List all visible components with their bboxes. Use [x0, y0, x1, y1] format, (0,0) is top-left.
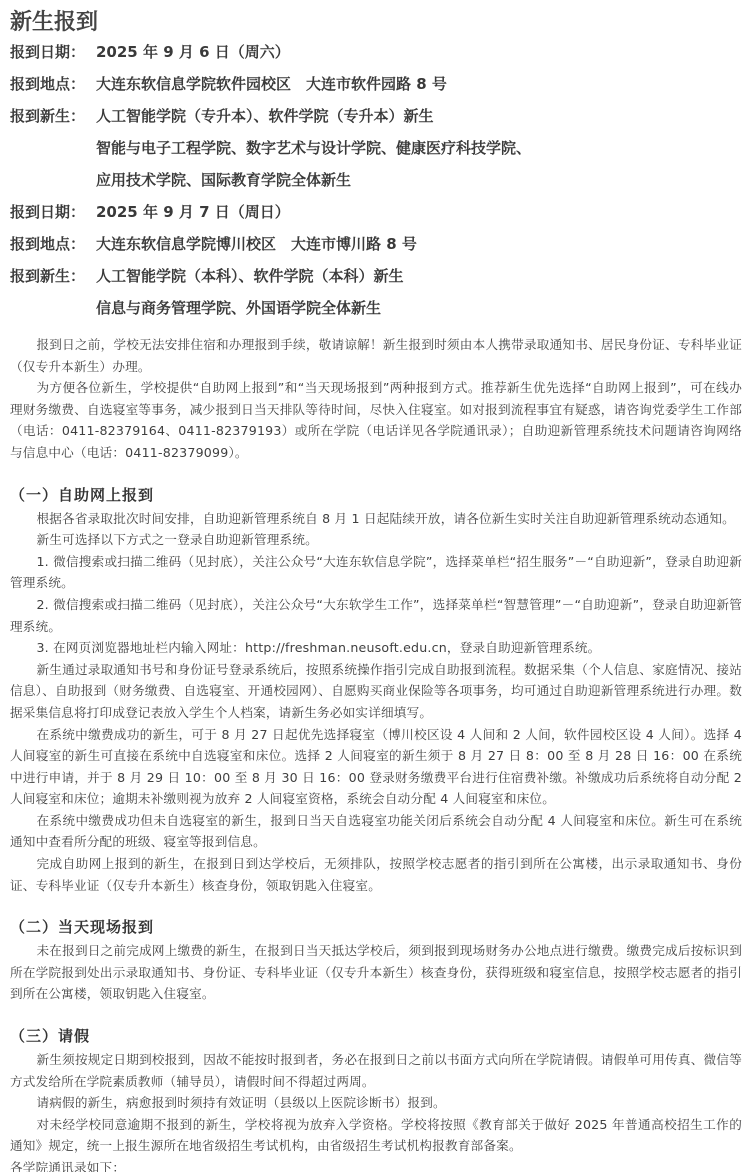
paragraph: 新生通过录取通知书号和身份证号登录系统后，按照系统操作指引完成自助报到流程。数据… [10, 659, 742, 724]
students-value: 人工智能学院（专升本）、软件学院（专升本）新生 [96, 106, 750, 126]
students-label: 报到新生： [10, 106, 96, 126]
intro-paragraph: 为方便各位新生，学校提供“自助网上报到”和“当天现场报到”两种报到方式。推荐新生… [10, 377, 742, 463]
place-label: 报到地点： [10, 234, 96, 254]
session-2-students: 报到新生： 人工智能学院（本科）、软件学院（本科）新生 [10, 266, 750, 286]
list-item: 3. 在网页浏览器地址栏内输入网址：http://freshman.neusof… [10, 637, 742, 659]
place-value: 大连东软信息学院软件园校区 大连市软件园路 8 号 [96, 74, 750, 94]
paragraph: 未在报到日之前完成网上缴费的新生，在报到日当天抵达学校后，须到报到现场财务办公地… [10, 940, 742, 1005]
intro-paragraph: 报到日之前，学校无法安排住宿和办理报到手续，敬请谅解！新生报到时须由本人携带录取… [10, 334, 742, 377]
date-value: 2025 年 9 月 6 日（周六） [96, 42, 750, 62]
paragraph: 在系统中缴费成功但未自选寝室的新生，报到日当天自选寝室功能关闭后系统会自动分配 … [10, 810, 742, 853]
section-heading-online: （一）自助网上报到 [10, 484, 742, 506]
document-body: 报到日之前，学校无法安排住宿和办理报到手续，敬请谅解！新生报到时须由本人携带录取… [10, 334, 750, 1172]
section-heading-leave: （三）请假 [10, 1025, 742, 1047]
paragraph: 在系统中缴费成功的新生，可于 8 月 27 日起优先选择寝室（博川校区设 4 人… [10, 724, 742, 810]
paragraph: 根据各省录取批次时间安排，自助迎新管理系统自 8 月 1 日起陆续开放，请各位新… [10, 508, 742, 530]
students-value: 应用技术学院、国际教育学院全体新生 [96, 170, 750, 190]
place-value: 大连东软信息学院博川校区 大连市博川路 8 号 [96, 234, 750, 254]
students-label: 报到新生： [10, 266, 96, 286]
session-1-date: 报到日期： 2025 年 9 月 6 日（周六） [10, 42, 750, 62]
closing-line: 各学院通讯录如下： [10, 1157, 742, 1172]
date-label: 报到日期： [10, 42, 96, 62]
students-value: 智能与电子工程学院、数字艺术与设计学院、健康医疗科技学院、 [96, 138, 750, 158]
session-2-students-cont: 信息与商务管理学院、外国语学院全体新生 [10, 298, 750, 318]
session-2-place: 报到地点： 大连东软信息学院博川校区 大连市博川路 8 号 [10, 234, 750, 254]
date-value: 2025 年 9 月 7 日（周日） [96, 202, 750, 222]
paragraph: 对未经学校同意逾期不报到的新生，学校将视为放弃入学资格。学校将按照《教育部关于做… [10, 1114, 742, 1157]
paragraph: 请病假的新生，病愈报到时须持有效证明（县级以上医院诊断书）报到。 [10, 1092, 742, 1114]
list-item: 2. 微信搜索或扫描二维码（见封底），关注公众号“大东软学生工作”，选择菜单栏“… [10, 594, 742, 637]
session-1-students-cont: 应用技术学院、国际教育学院全体新生 [10, 170, 750, 190]
session-2-date: 报到日期： 2025 年 9 月 7 日（周日） [10, 202, 750, 222]
registration-info: 报到日期： 2025 年 9 月 6 日（周六） 报到地点： 大连东软信息学院软… [10, 42, 750, 318]
page-title: 新生报到 [10, 0, 750, 42]
session-1-place: 报到地点： 大连东软信息学院软件园校区 大连市软件园路 8 号 [10, 74, 750, 94]
session-1-students: 报到新生： 人工智能学院（专升本）、软件学院（专升本）新生 [10, 106, 750, 126]
date-label: 报到日期： [10, 202, 96, 222]
paragraph: 新生须按规定日期到校报到，因故不能按时报到者，务必在报到日之前以书面方式向所在学… [10, 1049, 742, 1092]
document-page: 新生报到 报到日期： 2025 年 9 月 6 日（周六） 报到地点： 大连东软… [0, 0, 750, 1172]
list-item: 1. 微信搜索或扫描二维码（见封底），关注公众号“大连东软信息学院”，选择菜单栏… [10, 551, 742, 594]
session-1-students-cont: 智能与电子工程学院、数字艺术与设计学院、健康医疗科技学院、 [10, 138, 750, 158]
paragraph: 新生可选择以下方式之一登录自助迎新管理系统。 [10, 529, 742, 551]
students-value: 信息与商务管理学院、外国语学院全体新生 [96, 298, 750, 318]
students-value: 人工智能学院（本科）、软件学院（本科）新生 [96, 266, 750, 286]
place-label: 报到地点： [10, 74, 96, 94]
section-heading-onsite: （二）当天现场报到 [10, 916, 742, 938]
paragraph: 完成自助网上报到的新生，在报到日到达学校后，无须排队，按照学校志愿者的指引到所在… [10, 853, 742, 896]
